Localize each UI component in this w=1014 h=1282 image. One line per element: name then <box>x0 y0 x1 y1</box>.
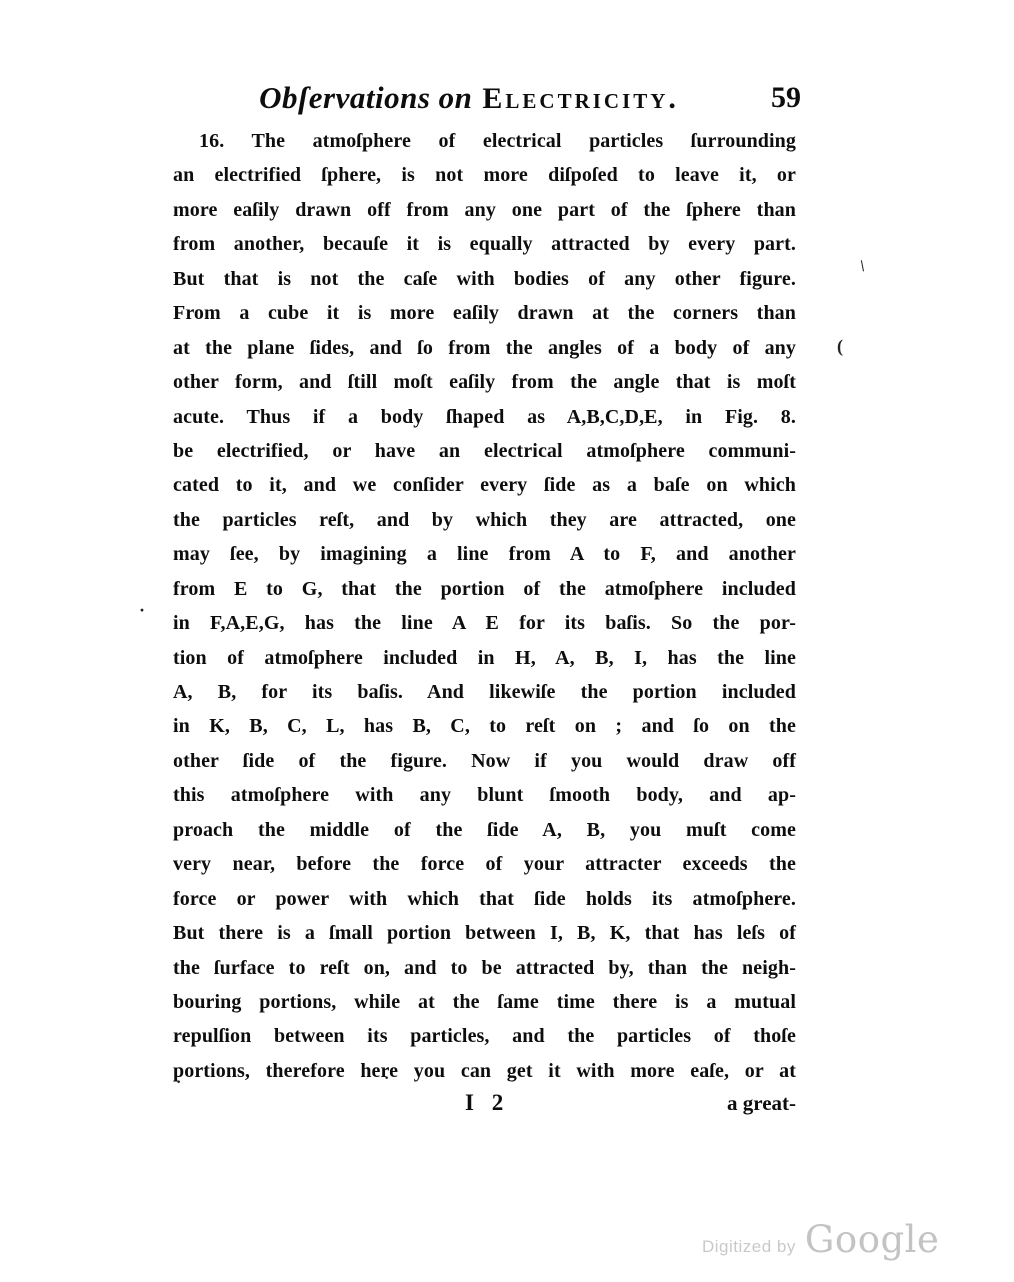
text-line: may ſee, by imagining a line from A to F… <box>173 537 796 571</box>
google-logo: Google <box>805 1218 940 1261</box>
running-title: Obſervations onElectricity. <box>157 78 781 124</box>
text-line: the ſurface to reſt on, and to be attrac… <box>173 951 796 985</box>
watermark-prefix-label: Digitized by <box>702 1237 796 1257</box>
text-line: acute. Thus if a body ſhaped as A,B,C,D,… <box>173 400 796 434</box>
signature-mark: I 2 <box>465 1086 509 1120</box>
text-line: from another, becauſe it is equally attr… <box>173 227 796 261</box>
scan-artifact: · <box>384 1070 389 1088</box>
text-line: very near, before the force of your attr… <box>173 847 796 881</box>
text-line: bouring portions, while at the ſame time… <box>173 985 796 1019</box>
google-watermark: Digitized by Google <box>702 1218 939 1261</box>
catchword: a great- <box>727 1086 796 1120</box>
page-header: Obſervations onElectricity. 59 <box>173 78 797 118</box>
text-line: But there is a ſmall portion between I, … <box>173 916 796 950</box>
text-line: more eaſily drawn off from any one part … <box>173 193 796 227</box>
text-line: From a cube it is more eaſily drawn at t… <box>173 296 796 330</box>
body-text: 16. The atmoſphere of electrical particl… <box>173 124 796 1088</box>
scan-artifact: \ <box>859 258 866 276</box>
book-page-scan: Obſervations onElectricity. 59 16. The a… <box>0 0 1014 1282</box>
text-line: But that is not the caſe with bodies of … <box>173 262 796 296</box>
scan-artifact: ( <box>837 336 843 357</box>
text-line: 16. The atmoſphere of electrical particl… <box>173 124 796 158</box>
scan-artifact: · <box>176 1074 181 1092</box>
text-line: other form, and ſtill moſt eaſily from t… <box>173 365 796 399</box>
text-line: at the plane ſides, and ſo from the angl… <box>173 331 796 365</box>
text-line: in K, B, C, L, has B, C, to reſt on ; an… <box>173 709 796 743</box>
text-line: the particles reſt, and by which they ar… <box>173 503 796 537</box>
text-line: be electrified, or have an electrical at… <box>173 434 796 468</box>
scan-artifact: · <box>139 600 145 621</box>
text-line: cated to it, and we conſider every ſide … <box>173 468 796 502</box>
text-line: proach the middle of the ſide A, B, you … <box>173 813 796 847</box>
text-line: from E to G, that the portion of the atm… <box>173 572 796 606</box>
text-line: repulſion between its particles, and the… <box>173 1019 796 1053</box>
text-line: tion of atmoſphere included in H, A, B, … <box>173 641 796 675</box>
page-number: 59 <box>771 78 801 118</box>
text-line: other ſide of the figure. Now if you wou… <box>173 744 796 778</box>
footer-line: I 2 a great- <box>173 1086 796 1120</box>
text-line: portions, therefore here you can get it … <box>173 1054 796 1088</box>
running-title-caps: Electricity. <box>482 82 679 115</box>
text-line: an electrified ſphere, is not more diſpo… <box>173 158 796 192</box>
running-title-italic: Obſervations on <box>259 80 472 115</box>
text-line: A, B, for its baſis. And likewiſe the po… <box>173 675 796 709</box>
text-line: force or power with which that ſide hold… <box>173 882 796 916</box>
text-line: this atmoſphere with any blunt ſmooth bo… <box>173 778 796 812</box>
text-line: in F,A,E,G, has the line A E for its baſ… <box>173 606 796 640</box>
